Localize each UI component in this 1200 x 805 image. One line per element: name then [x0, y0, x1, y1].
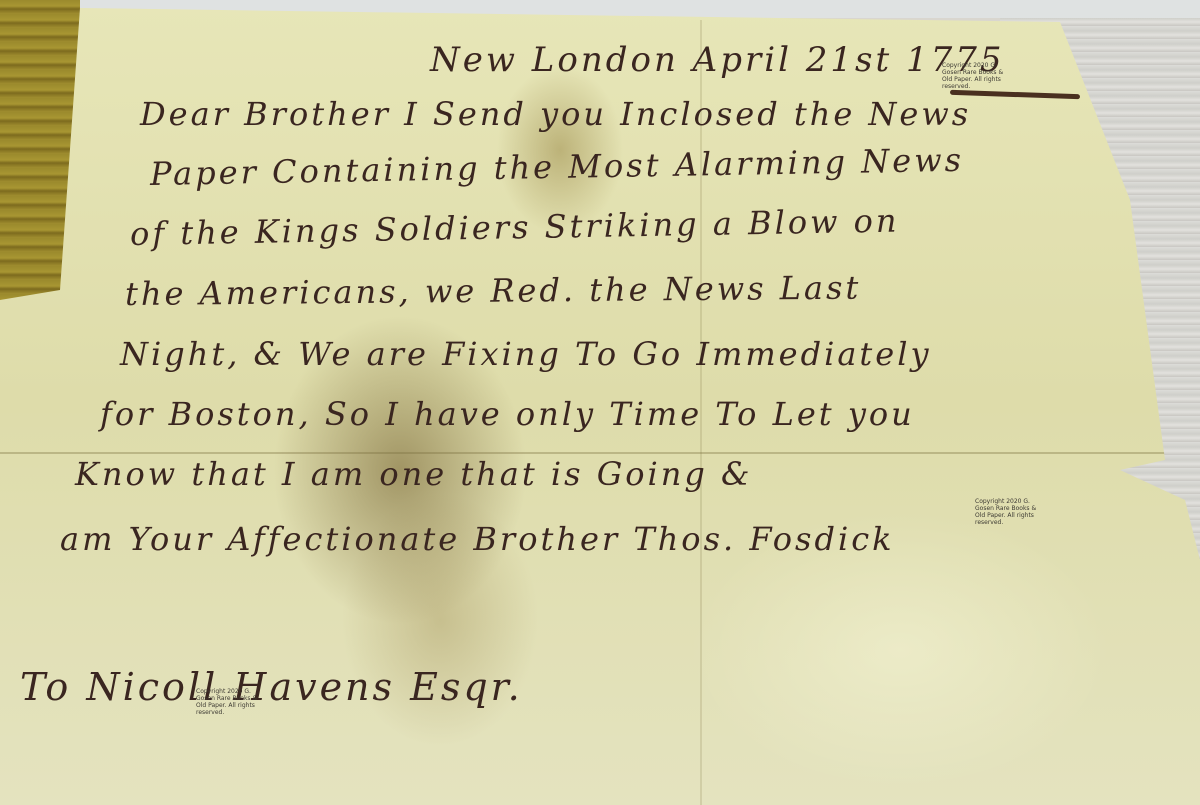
letter-line-5: Night, & We are Fixing To Go Immediately [120, 335, 932, 373]
paper-fold-horizontal [0, 452, 1180, 454]
letter-line-3: of the Kings Soldiers Striking a Blow on [130, 202, 900, 253]
copyright-watermark: Copyright 2020 G. Gosen Rare Books & Old… [942, 62, 1004, 90]
copyright-watermark: Copyright 2020 G. Gosen Rare Books & Old… [975, 498, 1037, 526]
letter-line-7: Know that I am one that is Going & [75, 455, 753, 493]
letter-line-4: the Americans, we Red. the News Last [125, 269, 862, 313]
letter-line-2: Paper Containing the Most Alarming News [150, 141, 965, 193]
letter-paper: New London April 21st 1775 Dear Brother … [0, 0, 1200, 805]
letter-signature-line: am Your Affectionate Brother Thos. Fosdi… [60, 520, 895, 558]
letter-dateline: New London April 21st 1775 [430, 40, 1005, 80]
copyright-watermark: Copyright 2020 G. Gosen Rare Books & Old… [196, 688, 258, 716]
letter-line-1: Dear Brother I Send you Inclosed the New… [140, 95, 971, 133]
letter-line-6: for Boston, So I have only Time To Let y… [100, 395, 915, 433]
letter-address: To Nicoll Havens Esqr. [20, 665, 523, 709]
